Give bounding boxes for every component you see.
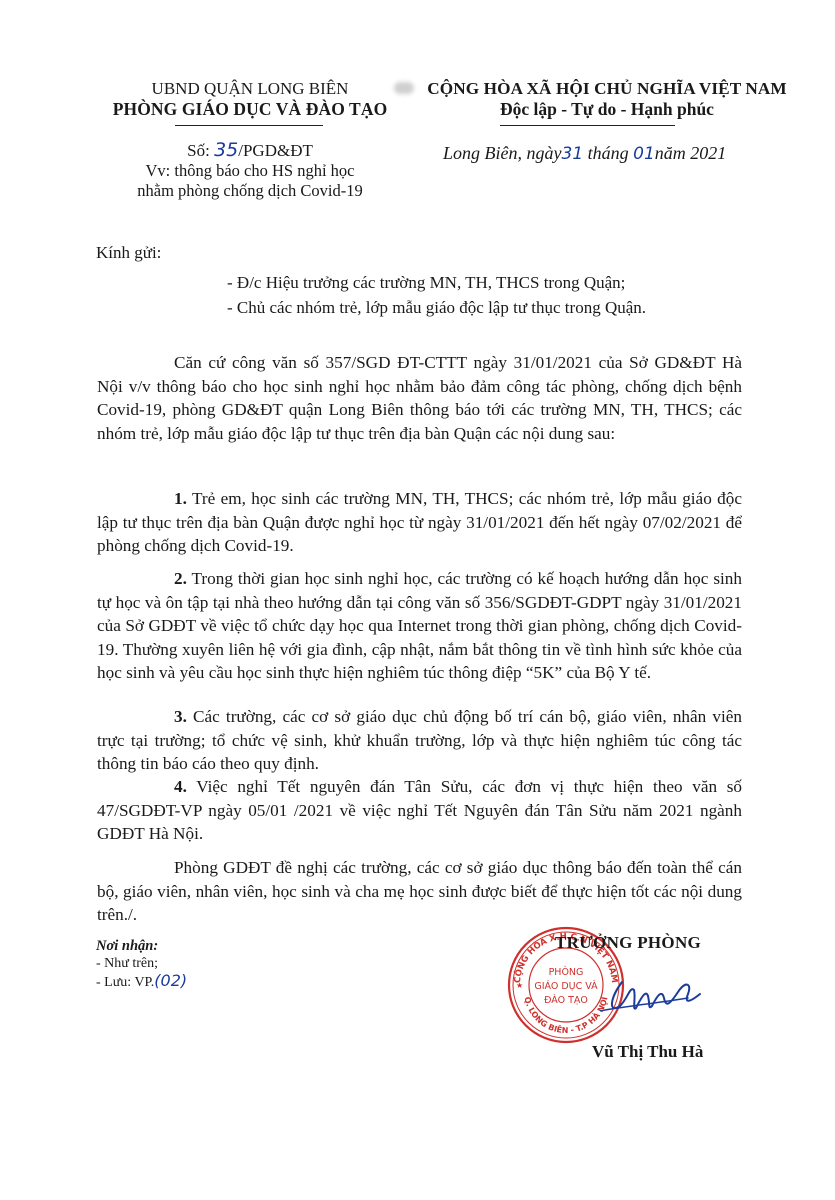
addressee-item: - Đ/c Hiệu trưởng các trường MN, TH, THC… [227, 270, 646, 295]
body-item-1: 1. Trẻ em, học sinh các trường MN, TH, T… [97, 487, 742, 558]
national-title: CỘNG HÒA XÃ HỘI CHỦ NGHĨA VIỆT NAM [412, 78, 802, 99]
addressees-label: Kính gửi: [96, 243, 161, 263]
document-date: Long Biên, ngày31 tháng 01năm 2021 [443, 143, 726, 164]
recipients-title: Nơi nhận: [96, 938, 187, 955]
signature-icon [600, 968, 720, 1028]
signer-name: Vũ Thị Thu Hà [592, 1042, 703, 1062]
handwritten-copies: (02) [154, 971, 187, 990]
issuing-authority-block: UBND QUẬN LONG BIÊN PHÒNG GIÁO DỤC VÀ ĐÀ… [100, 78, 400, 201]
divider-left [175, 125, 323, 126]
body-closing: Phòng GDĐT đề nghị các trường, các cơ sở… [97, 856, 742, 927]
scan-smudge [394, 82, 414, 94]
office-name: PHÒNG GIÁO DỤC VÀ ĐÀO TẠO [100, 99, 400, 120]
handwritten-day: 31 [562, 144, 584, 164]
national-header-block: CỘNG HÒA XÃ HỘI CHỦ NGHĨA VIỆT NAM Độc l… [412, 78, 802, 120]
subject-line-1: Vv: thông báo cho HS nghỉ học [100, 161, 400, 181]
body-intro: Căn cứ công văn số 357/SGD ĐT-CTTT ngày … [97, 351, 742, 445]
subject-line-2: nhằm phòng chống dịch Covid-19 [100, 181, 400, 201]
national-motto: Độc lập - Tự do - Hạnh phúc [412, 99, 802, 120]
svg-text:ĐÀO TẠO: ĐÀO TẠO [544, 994, 588, 1006]
addressees-list: - Đ/c Hiệu trưởng các trường MN, TH, THC… [227, 270, 646, 320]
divider-right [500, 125, 675, 126]
svg-text:★: ★ [516, 981, 523, 990]
recipients-block: Nơi nhận: - Như trên; - Lưu: VP.(02) [96, 938, 187, 991]
svg-text:GIÁO DỤC VÀ: GIÁO DỤC VÀ [534, 980, 598, 992]
signer-position: TRƯỞNG PHÒNG [555, 933, 701, 953]
authority-name: UBND QUẬN LONG BIÊN [100, 78, 400, 99]
handwritten-month: 01 [633, 144, 655, 164]
body-item-4: 4. Việc nghỉ Tết nguyên đán Tân Sửu, các… [97, 775, 742, 846]
addressee-item: - Chủ các nhóm trẻ, lớp mẫu giáo độc lập… [227, 295, 646, 320]
handwritten-number: 35 [214, 139, 238, 161]
body-item-3: 3. Các trường, các cơ sở giáo dục chủ độ… [97, 705, 742, 776]
document-number: Số: 35/PGD&ĐT [100, 140, 400, 161]
body-item-2: 2. Trong thời gian học sinh nghỉ học, cá… [97, 567, 742, 685]
svg-text:PHÒNG: PHÒNG [549, 966, 584, 978]
